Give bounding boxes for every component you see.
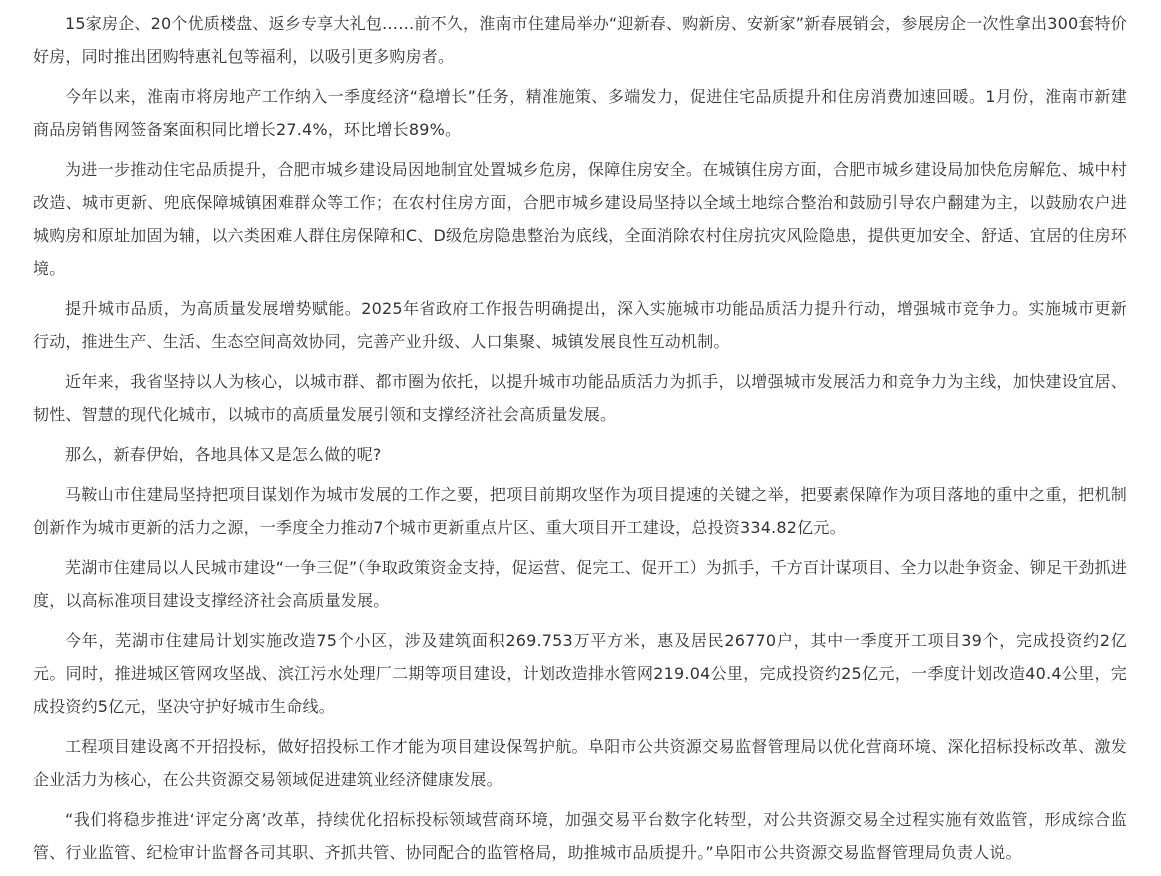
paragraph: 近年来，我省坚持以人为核心，以城市群、都市圈为依托，以提升城市功能品质活力为抓手… bbox=[33, 365, 1127, 431]
paragraph: 今年以来，淮南市将房地产工作纳入一季度经济“稳增长”任务，精准施策、多端发力，促… bbox=[33, 80, 1127, 146]
paragraph: 芜湖市住建局以人民城市建设“一争三促”（争取政策资金支持，促运营、促完工、促开工… bbox=[33, 551, 1127, 617]
paragraph: 工程项目建设离不开招投标，做好招投标工作才能为项目建设保驾护航。阜阳市公共资源交… bbox=[33, 730, 1127, 796]
paragraph: “我们将稳步推进‘评定分离’改革，持续优化招标投标领域营商环境，加强交易平台数字… bbox=[33, 803, 1127, 825]
article-body: 15家房企、20个优质楼盘、返乡专享大礼包……前不久，淮南市住建局举办“迎新春、… bbox=[33, 7, 1127, 825]
paragraph: 今年，芜湖市住建局计划实施改造75个小区，涉及建筑面积269.753万平方米，惠… bbox=[33, 624, 1127, 723]
paragraph: 提升城市品质，为高质量发展增势赋能。2025年省政府工作报告明确提出，深入实施城… bbox=[33, 292, 1127, 358]
paragraph: 那么，新春伊始，各地具体又是怎么做的呢? bbox=[33, 438, 1127, 471]
paragraph: 为进一步推动住宅品质提升，合肥市城乡建设局因地制宜处置城乡危房，保障住房安全。在… bbox=[33, 153, 1127, 285]
paragraph: 马鞍山市住建局坚持把项目谋划作为城市发展的工作之要，把项目前期攻坚作为项目提速的… bbox=[33, 478, 1127, 544]
paragraph: 15家房企、20个优质楼盘、返乡专享大礼包……前不久，淮南市住建局举办“迎新春、… bbox=[33, 7, 1127, 73]
